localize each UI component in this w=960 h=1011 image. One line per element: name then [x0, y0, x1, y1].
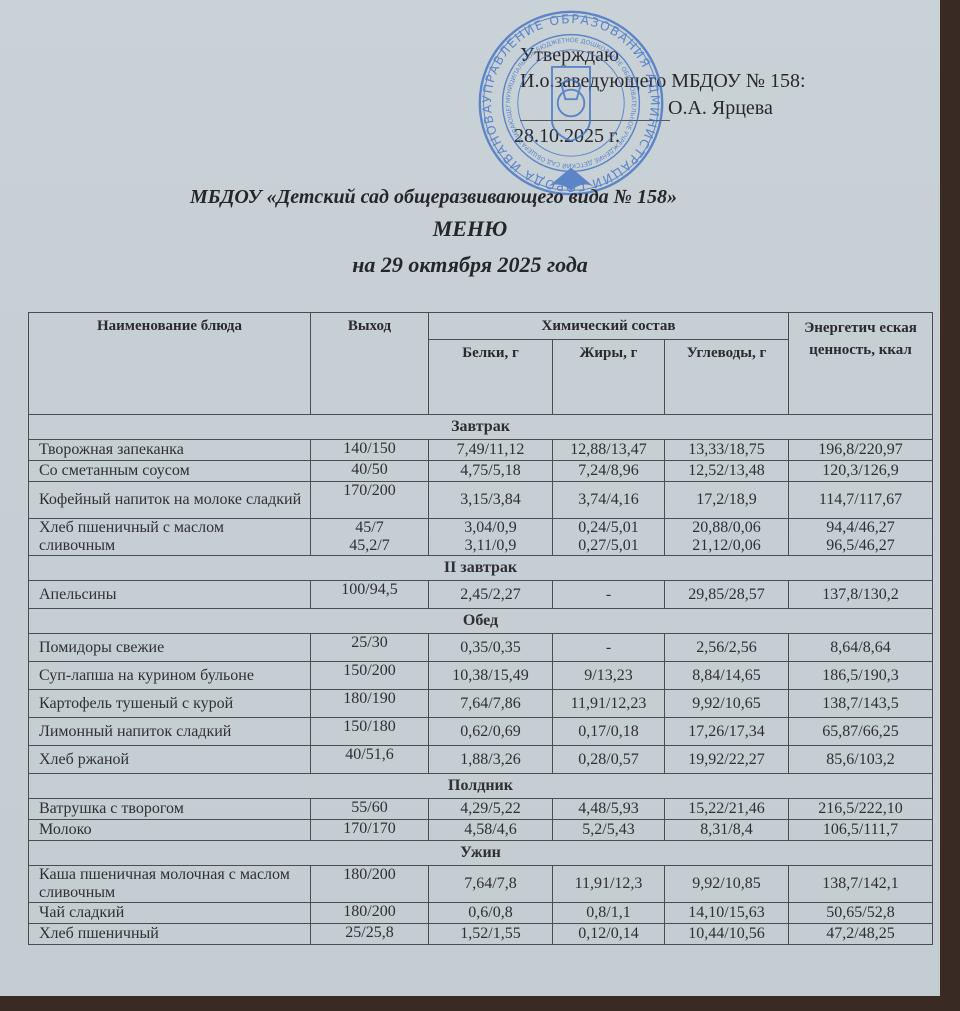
dish-name: Картофель тушеный с курой [29, 690, 311, 718]
dish-fat: 3,74/4,16 [553, 482, 665, 519]
table-row: Хлеб ржаной40/51,61,88/3,260,28/0,5719,9… [29, 746, 933, 774]
dish-fat: 4,48/5,93 [553, 799, 665, 820]
dish-protein: 7,64/7,8 [429, 866, 553, 903]
dish-fat: 11,91/12,3 [553, 866, 665, 903]
dish-name: Апельсины [29, 581, 311, 609]
dish-protein: 7,49/11,12 [429, 440, 553, 461]
dish-protein: 4,58/4,6 [429, 820, 553, 841]
table-row: Кофейный напиток на молоке сладкий170/20… [29, 482, 933, 519]
table-row: Со сметанным соусом40/504,75/5,187,24/8,… [29, 461, 933, 482]
organization-name: МБДОУ «Детский сад общеразвивающего вида… [190, 186, 677, 209]
col-header-energy: Энергетич еская ценность, ккал [789, 313, 933, 415]
dish-energy: 216,5/222,10 [789, 799, 933, 820]
col-header-fat: Жиры, г [553, 340, 665, 415]
table-row: Хлеб пшеничный с маслом сливочным45/7 45… [29, 519, 933, 556]
dish-yield: 180/200 [311, 903, 429, 924]
dish-carbs: 14,10/15,63 [665, 903, 789, 924]
approval-position: И.о.заведующего МБДОУ № 158: [520, 70, 806, 93]
table-row: Творожная запеканка140/1507,49/11,1212,8… [29, 440, 933, 461]
dish-fat: 0,17/0,18 [553, 718, 665, 746]
dish-fat: 0,8/1,1 [553, 903, 665, 924]
dish-yield: 40/50 [311, 461, 429, 482]
dish-yield: 140/150 [311, 440, 429, 461]
menu-document: Утверждаю И.о.заведующего МБДОУ № 158: О… [0, 0, 940, 996]
dish-yield: 55/60 [311, 799, 429, 820]
dish-carbs: 20,88/0,06 21,12/0,06 [665, 519, 789, 556]
dish-carbs: 13,33/18,75 [665, 440, 789, 461]
dish-carbs: 8,84/14,65 [665, 662, 789, 690]
dish-energy: 47,2/48,25 [789, 924, 933, 945]
col-header-chem: Химический состав [429, 313, 789, 340]
dish-carbs: 17,2/18,9 [665, 482, 789, 519]
dish-carbs: 9,92/10,65 [665, 690, 789, 718]
dish-carbs: 12,52/13,48 [665, 461, 789, 482]
page-title: МЕНЮ [0, 216, 940, 242]
dish-protein: 3,15/3,84 [429, 482, 553, 519]
dish-energy: 85,6/103,2 [789, 746, 933, 774]
dish-name: Хлеб ржаной [29, 746, 311, 774]
dish-carbs: 2,56/2,56 [665, 634, 789, 662]
table-row: Лимонный напиток сладкий150/1800,62/0,69… [29, 718, 933, 746]
table-row: Каша пшеничная молочная с маслом сливочн… [29, 866, 933, 903]
section-title: Полдник [29, 774, 933, 799]
signature-line [520, 120, 670, 121]
dish-protein: 1,52/1,55 [429, 924, 553, 945]
dish-carbs: 29,85/28,57 [665, 581, 789, 609]
dish-fat: 5,2/5,43 [553, 820, 665, 841]
dish-yield: 180/200 [311, 866, 429, 903]
dish-fat: 12,88/13,47 [553, 440, 665, 461]
dish-protein: 0,35/0,35 [429, 634, 553, 662]
dish-energy: 137,8/130,2 [789, 581, 933, 609]
dish-name: Со сметанным соусом [29, 461, 311, 482]
section-header-row: Обед [29, 609, 933, 634]
dish-name: Ватрушка с творогом [29, 799, 311, 820]
col-header-yield: Выход [311, 313, 429, 415]
dish-name: Хлеб пшеничный [29, 924, 311, 945]
dish-name: Хлеб пшеничный с маслом сливочным [29, 519, 311, 556]
dish-name: Суп-лапша на курином бульоне [29, 662, 311, 690]
approval-heading: Утверждаю [520, 44, 619, 67]
dish-energy: 65,87/66,25 [789, 718, 933, 746]
dish-fat: - [553, 581, 665, 609]
dish-name: Каша пшеничная молочная с маслом сливочн… [29, 866, 311, 903]
dish-energy: 8,64/8,64 [789, 634, 933, 662]
dish-energy: 106,5/111,7 [789, 820, 933, 841]
dish-fat: 0,24/5,01 0,27/5,01 [553, 519, 665, 556]
table-row: Молоко170/1704,58/4,65,2/5,438,31/8,4106… [29, 820, 933, 841]
dish-yield: 40/51,6 [311, 746, 429, 774]
dish-yield: 150/180 [311, 718, 429, 746]
dish-carbs: 19,92/22,27 [665, 746, 789, 774]
section-header-row: Завтрак [29, 415, 933, 440]
table-row: Хлеб пшеничный25/25,81,52/1,550,12/0,141… [29, 924, 933, 945]
col-header-protein: Белки, г [429, 340, 553, 415]
col-header-name: Наименование блюда [29, 313, 311, 415]
dish-yield: 170/170 [311, 820, 429, 841]
approval-block: Утверждаю И.о.заведующего МБДОУ № 158: О… [0, 0, 940, 180]
dish-protein: 7,64/7,86 [429, 690, 553, 718]
dish-energy: 94,4/46,27 96,5/46,27 [789, 519, 933, 556]
table-row: Картофель тушеный с курой180/1907,64/7,8… [29, 690, 933, 718]
dish-fat: - [553, 634, 665, 662]
dish-energy: 50,65/52,8 [789, 903, 933, 924]
dish-carbs: 17,26/17,34 [665, 718, 789, 746]
dish-fat: 0,12/0,14 [553, 924, 665, 945]
dish-carbs: 8,31/8,4 [665, 820, 789, 841]
section-header-row: Полдник [29, 774, 933, 799]
dish-fat: 11,91/12,23 [553, 690, 665, 718]
dish-protein: 0,6/0,8 [429, 903, 553, 924]
menu-date: на 29 октября 2025 года [0, 252, 940, 278]
table-row: Ватрушка с творогом55/604,29/5,224,48/5,… [29, 799, 933, 820]
table-row: Помидоры свежие25/300,35/0,35-2,56/2,568… [29, 634, 933, 662]
dish-name: Помидоры свежие [29, 634, 311, 662]
table-row: Апельсины100/94,52,45/2,27-29,85/28,5713… [29, 581, 933, 609]
dish-protein: 4,29/5,22 [429, 799, 553, 820]
dish-yield: 150/200 [311, 662, 429, 690]
section-header-row: Ужин [29, 841, 933, 866]
section-header-row: II завтрак [29, 556, 933, 581]
dish-name: Творожная запеканка [29, 440, 311, 461]
table-row: Суп-лапша на курином бульоне150/20010,38… [29, 662, 933, 690]
dish-energy: 138,7/143,5 [789, 690, 933, 718]
dish-protein: 4,75/5,18 [429, 461, 553, 482]
dish-carbs: 9,92/10,85 [665, 866, 789, 903]
dish-yield: 170/200 [311, 482, 429, 519]
dish-name: Чай сладкий [29, 903, 311, 924]
dish-energy: 120,3/126,9 [789, 461, 933, 482]
dish-fat: 0,28/0,57 [553, 746, 665, 774]
section-title: Ужин [29, 841, 933, 866]
section-title: II завтрак [29, 556, 933, 581]
section-title: Завтрак [29, 415, 933, 440]
dish-energy: 114,7/117,67 [789, 482, 933, 519]
dish-name: Лимонный напиток сладкий [29, 718, 311, 746]
dish-carbs: 10,44/10,56 [665, 924, 789, 945]
dish-carbs: 15,22/21,46 [665, 799, 789, 820]
dish-fat: 7,24/8,96 [553, 461, 665, 482]
approval-date: 28.10.2025 г. [514, 125, 620, 148]
dish-protein: 3,04/0,9 3,11/0,9 [429, 519, 553, 556]
col-header-carbs: Углеводы, г [665, 340, 789, 415]
dish-name: Молоко [29, 820, 311, 841]
approval-signatory: О.А. Ярцева [668, 97, 773, 120]
dish-fat: 9/13,23 [553, 662, 665, 690]
dish-energy: 186,5/190,3 [789, 662, 933, 690]
menu-table-body: ЗавтракТворожная запеканка140/1507,49/11… [29, 415, 933, 945]
dish-yield: 25/25,8 [311, 924, 429, 945]
dish-protein: 2,45/2,27 [429, 581, 553, 609]
menu-table: Наименование блюда Выход Химический сост… [28, 312, 933, 945]
dish-name: Кофейный напиток на молоке сладкий [29, 482, 311, 519]
dish-protein: 1,88/3,26 [429, 746, 553, 774]
table-header-row: Наименование блюда Выход Химический сост… [29, 313, 933, 340]
dish-protein: 0,62/0,69 [429, 718, 553, 746]
section-title: Обед [29, 609, 933, 634]
dish-yield: 25/30 [311, 634, 429, 662]
dish-energy: 196,8/220,97 [789, 440, 933, 461]
dish-yield: 45/7 45,2/7 [311, 519, 429, 556]
dish-yield: 100/94,5 [311, 581, 429, 609]
dish-protein: 10,38/15,49 [429, 662, 553, 690]
dish-energy: 138,7/142,1 [789, 866, 933, 903]
table-row: Чай сладкий180/2000,6/0,80,8/1,114,10/15… [29, 903, 933, 924]
dish-yield: 180/190 [311, 690, 429, 718]
